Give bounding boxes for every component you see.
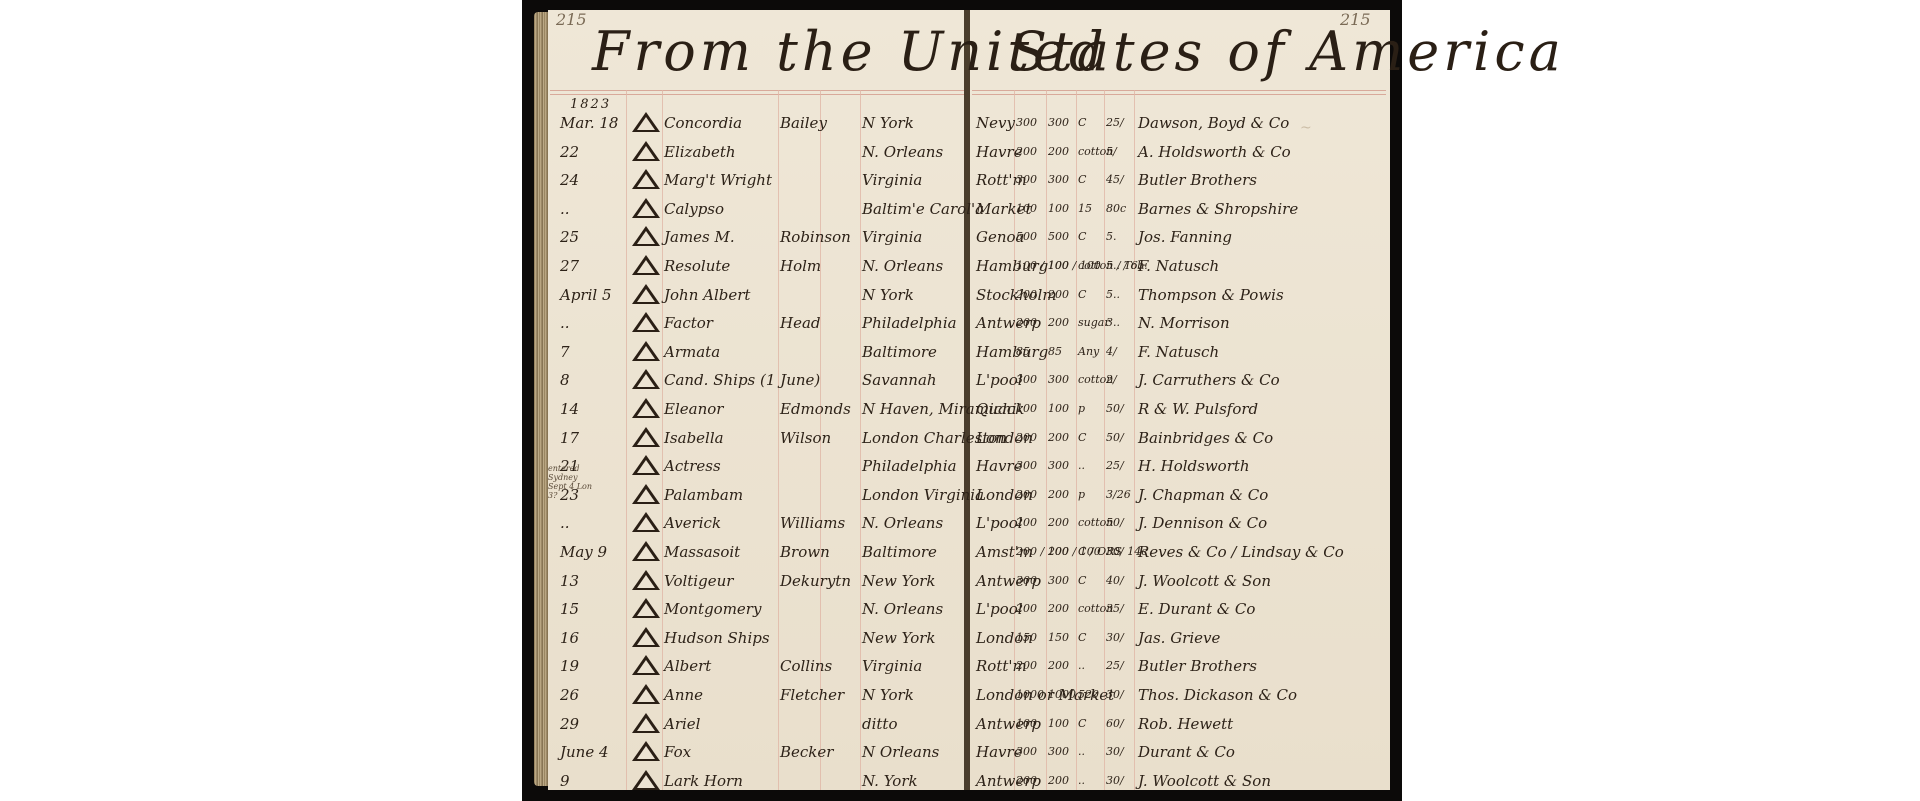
vessel-name: Actress [664, 451, 721, 481]
vessel-name: James M. [664, 222, 735, 252]
tonnage-2: 500 [1048, 222, 1069, 252]
master-name: Robinson [780, 222, 851, 252]
vessel-name: Factor [664, 308, 713, 338]
consignee: Jas. Grieve [1138, 623, 1220, 653]
tonnage: 300 [1016, 566, 1037, 596]
freight-rate: 60/ [1106, 709, 1124, 739]
consignee: Butler Brothers [1138, 651, 1257, 681]
tonnage: 200 [1016, 508, 1037, 538]
master-name: Fletcher [780, 680, 844, 710]
master-name: Becker [780, 737, 833, 767]
cargo: .. [1078, 766, 1085, 796]
origin-port: N. York [862, 766, 918, 796]
consignee: R & W. Pulsford [1138, 394, 1258, 424]
entry-date: .. [560, 508, 570, 538]
vessel-name: Massasoit [664, 537, 740, 567]
origin-port: N York [862, 280, 914, 310]
master-name: Wilson [780, 423, 831, 453]
entry-date: 27 [560, 251, 579, 281]
tonnage-2: 300 [1048, 108, 1069, 138]
ship-mark-icon [632, 627, 660, 647]
ship-mark-icon [632, 112, 660, 132]
ship-mark-icon [632, 312, 660, 332]
consignee: Thos. Dickason & Co [1138, 680, 1297, 710]
bleed-through-text: ~ [1300, 120, 1312, 136]
tonnage: 300 [1016, 108, 1037, 138]
consignee: E. Durant & Co [1138, 594, 1255, 624]
freight-rate: 5. [1106, 222, 1117, 252]
freight-rate: 50/ [1106, 508, 1124, 538]
vessel-name: Isabella [664, 423, 724, 453]
freight-rate: 50/ [1106, 423, 1124, 453]
tonnage-2: 1000 [1048, 680, 1076, 710]
vessel-name: John Albert [664, 280, 750, 310]
cargo: C [1078, 709, 1086, 739]
tonnage: 200 [1016, 766, 1037, 796]
consignee: J. Carruthers & Co [1138, 365, 1280, 395]
tonnage: 100 [1016, 194, 1037, 224]
column-rule [860, 90, 861, 790]
vessel-name: Palambam [664, 480, 743, 510]
freight-rate: 3/26 [1106, 480, 1131, 510]
origin-port: Virginia [862, 222, 922, 252]
cargo: C [1078, 423, 1086, 453]
entry-date: 13 [560, 566, 579, 596]
entry-date: .. [560, 194, 570, 224]
freight-rate: 30/ [1106, 680, 1124, 710]
freight-rate: 25/ [1106, 451, 1124, 481]
consignee: A. Holdsworth & Co [1138, 137, 1291, 167]
origin-port: N. Orleans [862, 594, 943, 624]
ship-mark-icon [632, 141, 660, 161]
tonnage-2: 85 [1048, 337, 1062, 367]
freight-rate: 25/ [1106, 651, 1124, 681]
tonnage-2: 300 [1048, 566, 1069, 596]
entry-date: 21 [560, 451, 579, 481]
tonnage: 200 [1016, 480, 1037, 510]
consignee: Jos. Fanning [1138, 222, 1232, 252]
tonnage: 100 [1016, 394, 1037, 424]
cargo: 520 [1078, 680, 1099, 710]
ship-mark-icon [632, 226, 660, 246]
freight-rate: 4/ [1106, 337, 1117, 367]
ship-mark-icon [632, 284, 660, 304]
tonnage: 500 [1016, 222, 1037, 252]
master-name: Bailey [780, 108, 827, 138]
column-rule [662, 90, 663, 790]
entry-date: 14 [560, 394, 579, 424]
entry-date: 26 [560, 680, 579, 710]
vessel-name: Concordia [664, 108, 742, 138]
entry-date: 8 [560, 365, 570, 395]
freight-rate: 2/ [1106, 365, 1117, 395]
tonnage: 200 [1016, 423, 1037, 453]
freight-rate: 5/ [1106, 137, 1117, 167]
consignee: J. Chapman & Co [1138, 480, 1268, 510]
origin-port: Virginia [862, 651, 922, 681]
entry-date: .. [560, 308, 570, 338]
freight-rate: 50/ [1106, 394, 1124, 424]
ship-mark-icon [632, 484, 660, 504]
tonnage-2: 300 [1048, 165, 1069, 195]
cargo: .. [1078, 451, 1085, 481]
tonnage: 200 [1016, 280, 1037, 310]
entry-date: 16 [560, 623, 579, 653]
consignee: Butler Brothers [1138, 165, 1257, 195]
vessel-name: Anne [664, 680, 703, 710]
header-rule-right-2 [972, 94, 1386, 95]
ship-mark-icon [632, 455, 660, 475]
master-name: Collins [780, 651, 832, 681]
vessel-name: Armata [664, 337, 720, 367]
cargo: C [1078, 623, 1086, 653]
origin-port: ditto [862, 709, 898, 739]
master-name: Dekurytn [780, 566, 851, 596]
tonnage: 300 [1016, 737, 1037, 767]
master-name: Brown [780, 537, 830, 567]
ship-mark-icon [632, 770, 660, 790]
tonnage-2: 100 [1048, 194, 1069, 224]
freight-rate: 30/ [1106, 766, 1124, 796]
cargo: .. [1078, 737, 1085, 767]
entry-date: 7 [560, 337, 570, 367]
entry-date: 22 [560, 137, 579, 167]
tonnage-2: 200 [1048, 423, 1069, 453]
origin-port: N. Orleans [862, 508, 943, 538]
entry-date: 23 [560, 480, 579, 510]
freight-rate: 35/ [1106, 594, 1124, 624]
ship-mark-icon [632, 598, 660, 618]
origin-port: Philadelphia [862, 308, 957, 338]
cargo: .. [1078, 651, 1085, 681]
origin-port: New York [862, 566, 936, 596]
vessel-name: Cand. Ships (1 June) [664, 365, 820, 395]
consignee: F. Natusch [1138, 251, 1219, 281]
entry-date: June 4 [560, 737, 609, 767]
origin-port: N York [862, 680, 914, 710]
consignee: Barnes & Shropshire [1138, 194, 1298, 224]
tonnage-2: 300 [1048, 365, 1069, 395]
tonnage: 200 [1016, 308, 1037, 338]
freight-rate: 30/ [1106, 623, 1124, 653]
ship-mark-icon [632, 198, 660, 218]
consignee: F. Natusch [1138, 337, 1219, 367]
cargo: C [1078, 566, 1086, 596]
vessel-name: Averick [664, 508, 721, 538]
vessel-name: Voltigeur [664, 566, 733, 596]
tonnage-2: 200 [1048, 280, 1069, 310]
tonnage-2: 100 [1048, 394, 1069, 424]
consignee: H. Holdsworth [1138, 451, 1250, 481]
column-rule [1134, 90, 1135, 790]
page-number-left: 215 [556, 10, 587, 29]
tonnage-2: 200 [1048, 137, 1069, 167]
consignee: Dawson, Boyd & Co [1138, 108, 1289, 138]
consignee: J. Woolcott & Son [1138, 566, 1271, 596]
freight-rate: 3.. [1106, 308, 1120, 338]
entry-date: 24 [560, 165, 579, 195]
cargo: p [1078, 394, 1085, 424]
destination-port: Nevy [976, 108, 1015, 138]
cargo: 15 [1078, 194, 1092, 224]
vessel-name: Resolute [664, 251, 730, 281]
vessel-name: Elizabeth [664, 137, 736, 167]
origin-port: Baltimore [862, 337, 937, 367]
tonnage-2: 200 [1048, 308, 1069, 338]
ship-mark-icon [632, 741, 660, 761]
freight-rate: 40/ [1106, 566, 1124, 596]
entry-date: 29 [560, 709, 579, 739]
entry-date: 19 [560, 651, 579, 681]
vessel-name: Eleanor [664, 394, 723, 424]
ship-mark-icon [632, 255, 660, 275]
title-right: States of America [1010, 20, 1565, 83]
tonnage: 150 [1016, 623, 1037, 653]
cargo: C [1078, 222, 1086, 252]
tonnage-2: 300 [1048, 451, 1069, 481]
master-name: Head [780, 308, 821, 338]
cargo: C [1078, 108, 1086, 138]
entry-date: May 9 [560, 537, 607, 567]
consignee: J. Woolcott & Son [1138, 766, 1271, 796]
consignee: N. Morrison [1138, 308, 1230, 338]
vessel-name: Albert [664, 651, 711, 681]
header-rule-left [550, 90, 964, 91]
master-name: Holm [780, 251, 821, 281]
origin-port: N. Orleans [862, 137, 943, 167]
tonnage: 200 [1016, 651, 1037, 681]
tonnage-2: 150 [1048, 623, 1069, 653]
cargo: C [1078, 165, 1086, 195]
consignee: Reves & Co / Lindsay & Co [1138, 537, 1344, 567]
ship-mark-icon [632, 684, 660, 704]
freight-rate: 30/ [1106, 737, 1124, 767]
column-rule [626, 90, 627, 790]
origin-port: Virginia [862, 165, 922, 195]
tonnage-2: 200 [1048, 766, 1069, 796]
vessel-name: Ariel [664, 709, 700, 739]
freight-rate: 80c [1106, 194, 1126, 224]
vessel-name: Fox [664, 737, 691, 767]
origin-port: N York [862, 108, 914, 138]
freight-rate: 25/ [1106, 108, 1124, 138]
tonnage: 1000 [1016, 680, 1044, 710]
origin-port: N Orleans [862, 737, 939, 767]
tonnage: 85 [1016, 337, 1030, 367]
consignee: J. Dennison & Co [1138, 508, 1267, 538]
vessel-name: Marg't Wright [664, 165, 772, 195]
ship-mark-icon [632, 169, 660, 189]
vessel-name: Hudson Ships [664, 623, 770, 653]
entry-date: 25 [560, 222, 579, 252]
ship-mark-icon [632, 398, 660, 418]
tonnage: 100 [1016, 709, 1037, 739]
tonnage-2: 200 [1048, 480, 1069, 510]
tonnage: 300 [1016, 165, 1037, 195]
ship-mark-icon [632, 512, 660, 532]
origin-port: Baltimore [862, 537, 937, 567]
origin-port: London Virginia [862, 480, 984, 510]
tonnage: 200 [1016, 137, 1037, 167]
cargo: Any [1078, 337, 1099, 367]
ship-mark-icon [632, 570, 660, 590]
header-rule-left-2 [550, 94, 964, 95]
vessel-name: Calypso [664, 194, 724, 224]
column-rule [778, 90, 779, 790]
consignee: Bainbridges & Co [1138, 423, 1273, 453]
tonnage-2: 100 [1048, 709, 1069, 739]
tonnage-2: 200 [1048, 651, 1069, 681]
tonnage: 300 [1016, 365, 1037, 395]
tonnage-2: 200 [1048, 508, 1069, 538]
ship-mark-icon [632, 713, 660, 733]
header-rule-right [972, 90, 1386, 91]
origin-port: N. Orleans [862, 251, 943, 281]
consignee: Thompson & Powis [1138, 280, 1284, 310]
vessel-name: Montgomery [664, 594, 761, 624]
ship-mark-icon [632, 369, 660, 389]
ship-mark-icon [632, 655, 660, 675]
entry-date: 9 [560, 766, 570, 796]
master-name: Edmonds [780, 394, 851, 424]
cargo: sugar [1078, 308, 1110, 338]
freight-rate: 45/ [1106, 165, 1124, 195]
destination-port: Hamburg [976, 337, 1048, 367]
entry-date: 17 [560, 423, 579, 453]
tonnage: 200 [1016, 594, 1037, 624]
origin-port: Philadelphia [862, 451, 957, 481]
tonnage-2: 300 [1048, 737, 1069, 767]
cargo: p [1078, 480, 1085, 510]
tonnage-2: 200 [1048, 594, 1069, 624]
cargo: C [1078, 280, 1086, 310]
master-name: Williams [780, 508, 845, 538]
ship-mark-icon [632, 427, 660, 447]
entry-date: Mar. 18 [560, 108, 618, 138]
origin-port: Savannah [862, 365, 937, 395]
origin-port: Baltim'e Carol'a [862, 194, 984, 224]
vessel-name: Lark Horn [664, 766, 743, 796]
origin-port: New York [862, 623, 936, 653]
consignee: Rob. Hewett [1138, 709, 1233, 739]
tonnage: 300 [1016, 451, 1037, 481]
freight-rate: 5.. [1106, 280, 1120, 310]
consignee: Durant & Co [1138, 737, 1235, 767]
ship-mark-icon [632, 541, 660, 561]
entry-date: April 5 [560, 280, 612, 310]
entry-date: 15 [560, 594, 579, 624]
ship-mark-icon [632, 341, 660, 361]
